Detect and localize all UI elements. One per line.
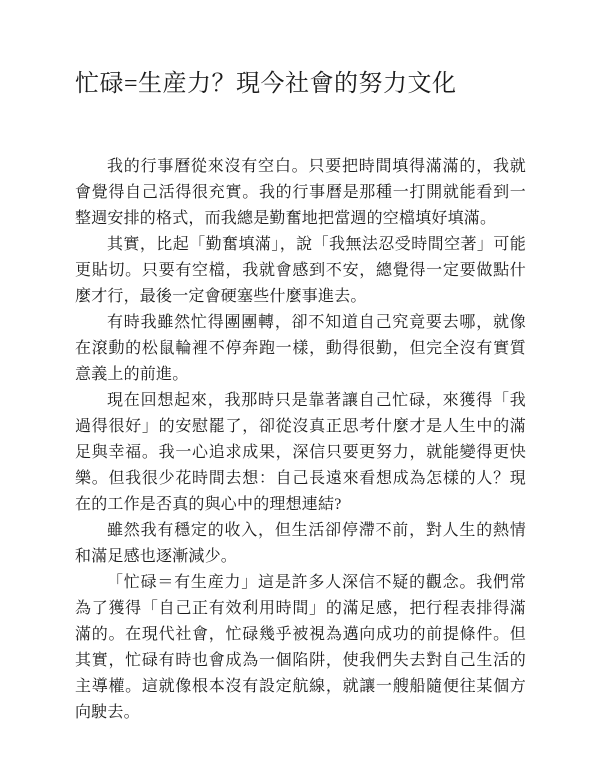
document-title: 忙碌=生産力？現今社會的努力文化	[75, 66, 526, 102]
paragraph-6: 「忙碌＝有生産力」這是許多人深信不疑的觀念。我們常為了獲得「自己正有效利用時間」…	[75, 570, 526, 726]
document-body: 我的行事曆從來沒有空白。只要把時間填得滿滿的，我就會覺得自己活得很充實。我的行事…	[75, 154, 526, 726]
paragraph-4: 現在回想起來，我那時只是靠著讓自己忙碌，來獲得「我過得很好」的安慰罷了，卻從沒真…	[75, 388, 526, 518]
document-page: 忙碌=生産力？現今社會的努力文化 我的行事曆從來沒有空白。只要把時間填得滿滿的，…	[0, 0, 600, 773]
paragraph-1: 我的行事曆從來沒有空白。只要把時間填得滿滿的，我就會覺得自己活得很充實。我的行事…	[75, 154, 526, 232]
paragraph-2: 其實，比起「勤奮填滿」，說「我無法忍受時間空著」可能更貼切。只要有空檔，我就會感…	[75, 232, 526, 310]
paragraph-3: 有時我雖然忙得團團轉，卻不知道自己究竟要去哪，就像在滾動的松鼠輪裡不停奔跑一樣，…	[75, 310, 526, 388]
paragraph-5: 雖然我有穩定的收入，但生活卻停滯不前，對人生的熱情和滿足感也逐漸減少。	[75, 518, 526, 570]
